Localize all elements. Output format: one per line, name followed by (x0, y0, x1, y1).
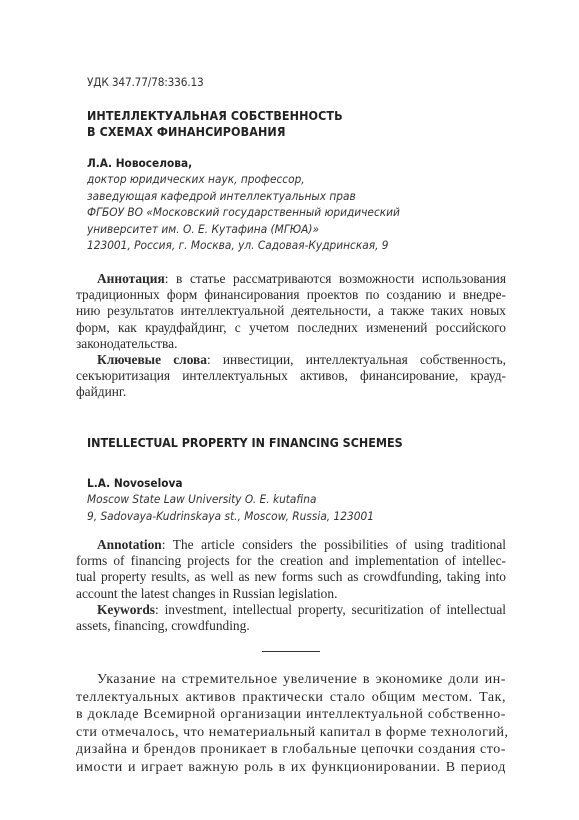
keywords-line: Ключевые слова: инвестиции, интеллектуал… (76, 352, 506, 368)
body-line: в докладе Всемирной организации интеллек… (76, 706, 506, 724)
author-block-en: L.A. Novoselova Moscow State Law Univers… (87, 475, 374, 524)
annotation-line: традиционных форм финансирования проекто… (76, 287, 506, 303)
annotation-line: account the latest changes in Russian le… (76, 586, 506, 602)
annotation-line: форм, как краудфайдинг, с учетом последн… (76, 320, 506, 336)
title-line: В СХЕМАХ ФИНАНСИРОВАНИЯ (87, 124, 343, 140)
author-affiliation-line: доктор юридических наук, профессор, (87, 171, 400, 187)
body-paragraph: Указание на стремительное увеличение в э… (76, 671, 506, 777)
annotation-label: Аннотация (97, 271, 165, 286)
udk-code: УДК 347.77/78:336.13 (87, 75, 204, 89)
author-affiliation-line: 123001, Россия, г. Москва, ул. Садовая-К… (87, 237, 400, 253)
annotation-line: forms of financing projects for the crea… (76, 553, 506, 569)
annotation-line: tual property results, as well as new fo… (76, 569, 506, 585)
abstract-en: Annotation: The article considers the po… (76, 537, 506, 634)
author-affiliation-line: Moscow State Law University O. E. kutafi… (87, 491, 374, 507)
title-line: ИНТЕЛЛЕКТУАЛЬНАЯ СОБСТВЕННОСТЬ (87, 108, 343, 124)
body-line: имости и играет важную роль в их функцио… (76, 759, 506, 777)
keywords-line: assets, financing, crowdfunding. (76, 618, 506, 634)
author-affiliation-line: ФГБОУ ВО «Московский государственный юри… (87, 204, 400, 220)
body-line: сти отмечалось, что нематериальный капит… (76, 724, 506, 742)
body-line: дизайна и брендов проникает в глобальные… (76, 741, 506, 759)
author-affiliation-line: университет им. О. Е. Кутафина (МГЮА)» (87, 221, 400, 237)
author-name: Л.А. Новоселова, (87, 155, 400, 171)
annotation-line: Аннотация: в статье рассматриваются возм… (76, 271, 506, 287)
article-title-ru: ИНТЕЛЛЕКТУАЛЬНАЯ СОБСТВЕННОСТЬ В СХЕМАХ … (87, 108, 343, 140)
author-name: L.A. Novoselova (87, 475, 374, 491)
keywords-line: секъюритизация интеллектуальных активов,… (76, 368, 506, 384)
keywords-line: Keywords: investment, intellectual prope… (76, 602, 506, 618)
annotation-line: Annotation: The article considers the po… (76, 537, 506, 553)
body-line: теллектуальных активов практически стало… (76, 689, 506, 707)
annotation-label: Annotation (97, 537, 162, 552)
author-affiliation-line: 9, Sadovaya-Kudrinskaya st., Moscow, Rus… (87, 508, 374, 524)
article-title-en: INTELLECTUAL PROPERTY IN FINANCING SCHEM… (87, 436, 403, 450)
author-affiliation-line: заведующая кафедрой интеллектуальных пра… (87, 188, 400, 204)
annotation-line: законодательства. (76, 336, 506, 352)
keywords-line: файдинг. (76, 384, 506, 400)
annotation-line: нию результатов интеллектуальной деятель… (76, 303, 506, 319)
keywords-label: Keywords (97, 602, 155, 617)
keywords-label: Ключевые слова (97, 352, 207, 367)
document-page: УДК 347.77/78:336.13 ИНТЕЛЛЕКТУАЛЬНАЯ СО… (0, 0, 579, 820)
author-block-ru: Л.А. Новоселова, доктор юридических наук… (87, 155, 400, 253)
body-line: Указание на стремительное увеличение в э… (76, 671, 506, 689)
section-divider (262, 651, 320, 652)
abstract-ru: Аннотация: в статье рассматриваются возм… (76, 271, 506, 401)
